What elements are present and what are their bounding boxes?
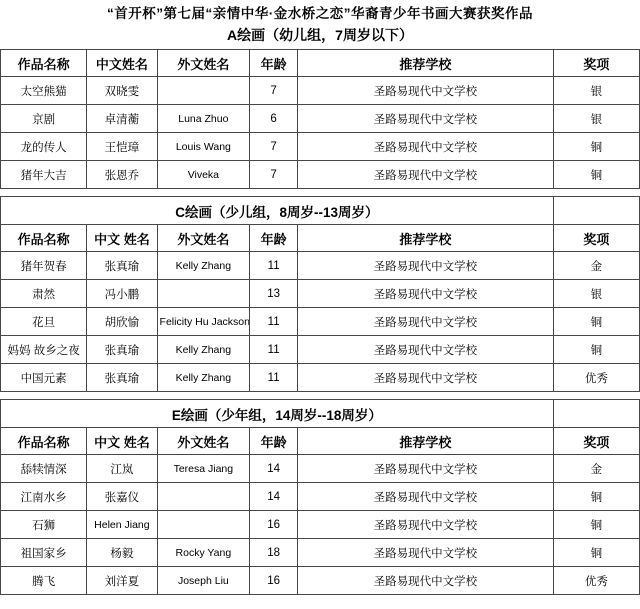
column-header-school: 推荐学校	[298, 50, 554, 77]
cell-foreign-name: Rocky Yang	[157, 539, 250, 567]
cell-chinese-name: 胡欣愉	[87, 308, 157, 336]
cell-school: 圣路易现代中文学校	[298, 252, 554, 280]
cell-work-title: 龙的传人	[1, 133, 87, 161]
column-header-chinese-name: 中文 姓名	[87, 225, 157, 252]
cell-school: 圣路易现代中文学校	[298, 133, 554, 161]
cell-age: 16	[250, 567, 298, 595]
column-header-foreign-name: 外文姓名	[157, 50, 250, 77]
cell-work-title: 石狮	[1, 511, 87, 539]
column-header-age: 年龄	[250, 428, 298, 455]
cell-award: 铜	[553, 133, 639, 161]
cell-chinese-name: 杨毅	[87, 539, 157, 567]
cell-foreign-name: Kelly Zhang	[157, 364, 250, 392]
cell-age: 11	[250, 364, 298, 392]
cell-chinese-name: 张真瑜	[87, 336, 157, 364]
cell-award: 银	[553, 280, 639, 308]
cell-school: 圣路易现代中文学校	[298, 308, 554, 336]
section-c-subtitle: C绘画（少儿组，8周岁--13周岁）	[1, 197, 554, 225]
cell-age: 11	[250, 308, 298, 336]
table-row: 江南水乡张嘉仪14圣路易现代中文学校铜	[1, 483, 640, 511]
cell-work-title: 猪年大吉	[1, 161, 87, 189]
cell-foreign-name: Joseph Liu	[157, 567, 250, 595]
cell-award: 银	[553, 77, 639, 105]
awards-table-c: C绘画（少儿组，8周岁--13周岁）作品名称中文 姓名外文姓名年龄推荐学校奖项猪…	[0, 196, 640, 392]
cell-foreign-name: Felicity Hu Jackson	[157, 308, 250, 336]
header-row: 作品名称中文 姓名外文姓名年龄推荐学校奖项	[1, 225, 640, 252]
cell-work-title: 中国元素	[1, 364, 87, 392]
column-header-work-title: 作品名称	[1, 225, 87, 252]
cell-work-title: 京剧	[1, 105, 87, 133]
cell-chinese-name: 张真瑜	[87, 364, 157, 392]
cell-age: 16	[250, 511, 298, 539]
cell-award: 金	[553, 252, 639, 280]
cell-age: 11	[250, 252, 298, 280]
table-row: 京剧卓清蘅Luna Zhuo6圣路易现代中文学校银	[1, 105, 640, 133]
table-row: 妈妈 故乡之夜张真瑜Kelly Zhang11圣路易现代中文学校铜	[1, 336, 640, 364]
cell-age: 13	[250, 280, 298, 308]
header-row: 作品名称中文姓名外文姓名年龄推荐学校奖项	[1, 50, 640, 77]
cell-foreign-name	[157, 511, 250, 539]
table-row: 腾飞刘洋夏Joseph Liu16圣路易现代中文学校优秀	[1, 567, 640, 595]
cell-award: 铜	[553, 483, 639, 511]
cell-school: 圣路易现代中文学校	[298, 483, 554, 511]
cell-chinese-name: 张嘉仪	[87, 483, 157, 511]
cell-work-title: 妈妈 故乡之夜	[1, 336, 87, 364]
table-row: 花旦胡欣愉Felicity Hu Jackson11圣路易现代中文学校铜	[1, 308, 640, 336]
cell-foreign-name: Teresa Jiang	[157, 455, 250, 483]
cell-work-title: 江南水乡	[1, 483, 87, 511]
table-row: 石狮Helen Jiang16圣路易现代中文学校铜	[1, 511, 640, 539]
cell-foreign-name: Louis Wang	[157, 133, 250, 161]
cell-age: 18	[250, 539, 298, 567]
cell-chinese-name: 冯小鹏	[87, 280, 157, 308]
document-title: “首开杯”第七届“亲情中华·金水桥之恋”华裔青少年书画大赛获奖作品	[0, 0, 640, 23]
section-a-heading: A绘画（幼儿组，7周岁以下）	[0, 25, 640, 45]
cell-award: 铜	[553, 336, 639, 364]
cell-school: 圣路易现代中文学校	[298, 567, 554, 595]
cell-chinese-name: 张真瑜	[87, 252, 157, 280]
table-row: 太空熊猫双晓雯7圣路易现代中文学校银	[1, 77, 640, 105]
cell-award: 铜	[553, 161, 639, 189]
column-header-chinese-name: 中文 姓名	[87, 428, 157, 455]
cell-school: 圣路易现代中文学校	[298, 511, 554, 539]
subtitle-spacer-cell	[553, 197, 639, 225]
cell-work-title: 祖国家乡	[1, 539, 87, 567]
cell-chinese-name: Helen Jiang	[87, 511, 157, 539]
cell-chinese-name: 刘洋夏	[87, 567, 157, 595]
table-row: 肃然冯小鹏13圣路易现代中文学校银	[1, 280, 640, 308]
cell-award: 铜	[553, 308, 639, 336]
header-row: 作品名称中文 姓名外文姓名年龄推荐学校奖项	[1, 428, 640, 455]
cell-foreign-name: Viveka	[157, 161, 250, 189]
cell-age: 7	[250, 161, 298, 189]
column-header-age: 年龄	[250, 50, 298, 77]
cell-award: 银	[553, 105, 639, 133]
column-header-foreign-name: 外文姓名	[157, 225, 250, 252]
cell-foreign-name: Luna Zhuo	[157, 105, 250, 133]
section-subtitle-row: E绘画（少年组，14周岁--18周岁）	[1, 400, 640, 428]
cell-age: 7	[250, 77, 298, 105]
cell-work-title: 舔犊情深	[1, 455, 87, 483]
cell-chinese-name: 张恩乔	[87, 161, 157, 189]
cell-chinese-name: 双晓雯	[87, 77, 157, 105]
table-row: 猪年大吉张恩乔Viveka7圣路易现代中文学校铜	[1, 161, 640, 189]
cell-school: 圣路易现代中文学校	[298, 336, 554, 364]
document-page: “首开杯”第七届“亲情中华·金水桥之恋”华裔青少年书画大赛获奖作品 A绘画（幼儿…	[0, 0, 640, 609]
cell-chinese-name: 江岚	[87, 455, 157, 483]
cell-school: 圣路易现代中文学校	[298, 280, 554, 308]
cell-award: 铜	[553, 539, 639, 567]
subtitle-spacer-cell	[553, 400, 639, 428]
table-row: 中国元素张真瑜Kelly Zhang11圣路易现代中文学校优秀	[1, 364, 640, 392]
awards-table-e: E绘画（少年组，14周岁--18周岁）作品名称中文 姓名外文姓名年龄推荐学校奖项…	[0, 399, 640, 595]
table-row: 龙的传人王恺璋Louis Wang7圣路易现代中文学校铜	[1, 133, 640, 161]
cell-work-title: 肃然	[1, 280, 87, 308]
column-header-award: 奖项	[553, 225, 639, 252]
cell-award: 优秀	[553, 364, 639, 392]
cell-school: 圣路易现代中文学校	[298, 105, 554, 133]
column-header-school: 推荐学校	[298, 428, 554, 455]
cell-work-title: 花旦	[1, 308, 87, 336]
cell-age: 11	[250, 336, 298, 364]
column-header-chinese-name: 中文姓名	[87, 50, 157, 77]
cell-award: 金	[553, 455, 639, 483]
section-e-subtitle: E绘画（少年组，14周岁--18周岁）	[1, 400, 554, 428]
column-header-age: 年龄	[250, 225, 298, 252]
cell-age: 7	[250, 133, 298, 161]
section-subtitle-row: C绘画（少儿组，8周岁--13周岁）	[1, 197, 640, 225]
cell-age: 14	[250, 455, 298, 483]
cell-work-title: 猪年贺春	[1, 252, 87, 280]
cell-school: 圣路易现代中文学校	[298, 539, 554, 567]
column-header-work-title: 作品名称	[1, 50, 87, 77]
cell-school: 圣路易现代中文学校	[298, 455, 554, 483]
cell-age: 14	[250, 483, 298, 511]
cell-school: 圣路易现代中文学校	[298, 161, 554, 189]
column-header-award: 奖项	[553, 50, 639, 77]
cell-foreign-name: Kelly Zhang	[157, 336, 250, 364]
cell-foreign-name	[157, 77, 250, 105]
cell-work-title: 太空熊猫	[1, 77, 87, 105]
cell-school: 圣路易现代中文学校	[298, 77, 554, 105]
table-row: 祖国家乡杨毅Rocky Yang18圣路易现代中文学校铜	[1, 539, 640, 567]
column-header-work-title: 作品名称	[1, 428, 87, 455]
cell-work-title: 腾飞	[1, 567, 87, 595]
cell-foreign-name	[157, 280, 250, 308]
column-header-award: 奖项	[553, 428, 639, 455]
cell-chinese-name: 卓清蘅	[87, 105, 157, 133]
cell-chinese-name: 王恺璋	[87, 133, 157, 161]
table-row: 舔犊情深江岚Teresa Jiang14圣路易现代中文学校金	[1, 455, 640, 483]
cell-foreign-name: Kelly Zhang	[157, 252, 250, 280]
column-header-foreign-name: 外文姓名	[157, 428, 250, 455]
cell-foreign-name	[157, 483, 250, 511]
cell-award: 铜	[553, 511, 639, 539]
table-row: 猪年贺春张真瑜Kelly Zhang11圣路易现代中文学校金	[1, 252, 640, 280]
cell-school: 圣路易现代中文学校	[298, 364, 554, 392]
cell-age: 6	[250, 105, 298, 133]
awards-table-a: 作品名称中文姓名外文姓名年龄推荐学校奖项太空熊猫双晓雯7圣路易现代中文学校银京剧…	[0, 49, 640, 189]
column-header-school: 推荐学校	[298, 225, 554, 252]
cell-award: 优秀	[553, 567, 639, 595]
